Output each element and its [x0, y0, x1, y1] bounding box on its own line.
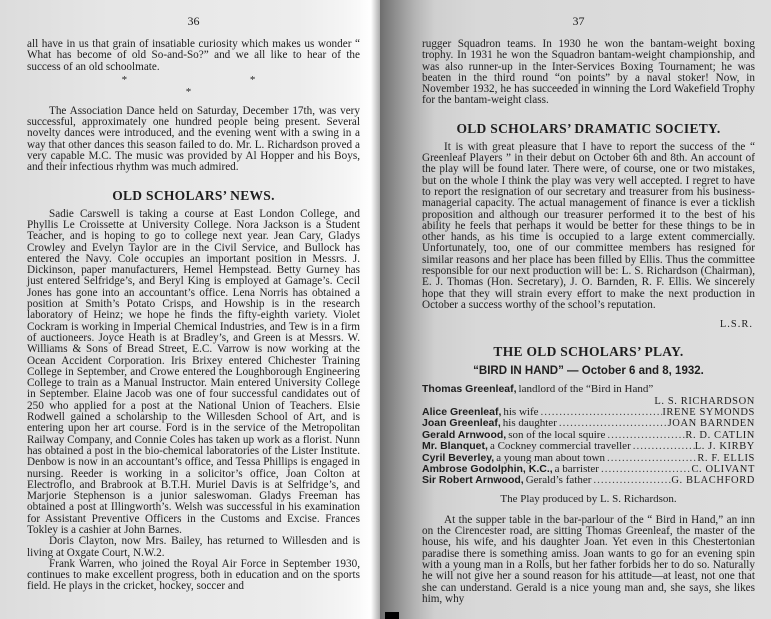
book-spread: 36 all have in us that grain of insatiab… — [0, 0, 771, 619]
cast-description: a Cockney commercial traveller — [488, 441, 631, 452]
book-spine — [360, 0, 382, 619]
cast-actor: R. F. ELLIS — [697, 453, 755, 464]
cast-description: landlord of the “Bird in Hand” — [517, 384, 654, 395]
cast-row: Sir Robert Arnwood, Gerald’s father ....… — [422, 475, 755, 486]
news-paragraph-2: Doris Clayton, now Mrs. Bailey, has retu… — [27, 536, 360, 559]
cast-role: Sir Robert Arnwood, — [422, 475, 524, 486]
cast-actor: IRENE SYMONDS — [662, 407, 755, 418]
cast-actor: C. OLIVANT — [691, 464, 755, 475]
news-paragraph-1: Sadie Carswell is taking a course at Eas… — [27, 209, 360, 537]
play-subheading: “BIRD IN HAND” — October 6 and 8, 1932. — [422, 365, 755, 377]
left-page: 36 all have in us that grain of insatiab… — [0, 0, 372, 619]
dramatic-society-heading: OLD SCHOLARS’ DRAMATIC SOCIETY. — [422, 121, 755, 137]
continued-paragraph: rugger Squadron teams. In 1930 he won th… — [422, 39, 755, 107]
cast-role: Mr. Blanquet, — [422, 441, 488, 452]
dramatic-society-paragraph: It is with great pleasure that I have to… — [422, 142, 755, 311]
dot-leader: ........................................… — [605, 453, 697, 464]
section-separator: * * * — [77, 74, 360, 98]
synopsis-paragraph: At the supper table in the bar-parlour o… — [422, 515, 755, 605]
producer-credit: The Play produced by L. S. Richardson. — [422, 493, 755, 505]
signature: L.S.R. — [422, 319, 753, 330]
cast-row: Thomas Greenleaf, landlord of the “Bird … — [422, 384, 755, 395]
dot-leader: ........................................… — [599, 464, 691, 475]
dot-leader: ........................................… — [631, 441, 695, 452]
intro-paragraph: all have in us that grain of insatiable … — [27, 39, 360, 73]
cast-actor: R. D. CATLIN — [685, 430, 755, 441]
cast-actor: L. J. KIRBY — [695, 441, 755, 452]
cast-actor: G. BLACHFORD — [671, 475, 755, 486]
dance-paragraph: The Association Dance held on Saturday, … — [27, 106, 360, 174]
dot-leader: ........................................… — [591, 475, 671, 486]
cast-description: Gerald’s father — [524, 475, 592, 486]
dot-leader: ........................................… — [539, 407, 663, 418]
page-number-right: 37 — [402, 14, 755, 29]
cast-role: Thomas Greenleaf, — [422, 384, 517, 395]
news-paragraph-3: Frank Warren, who joined the Royal Air F… — [27, 559, 360, 593]
news-heading: OLD SCHOLARS’ NEWS. — [27, 188, 360, 204]
right-page: 37 rugger Squadron teams. In 1930 he won… — [380, 0, 771, 619]
page-number-left: 36 — [27, 14, 360, 29]
cast-list: Thomas Greenleaf, landlord of the “Bird … — [422, 384, 755, 487]
cast-row: Mr. Blanquet, a Cockney commercial trave… — [422, 441, 755, 452]
play-heading: THE OLD SCHOLARS’ PLAY. — [422, 344, 755, 360]
scan-artifact — [385, 612, 399, 619]
cast-actor: JOAN BARNDEN — [668, 418, 755, 429]
